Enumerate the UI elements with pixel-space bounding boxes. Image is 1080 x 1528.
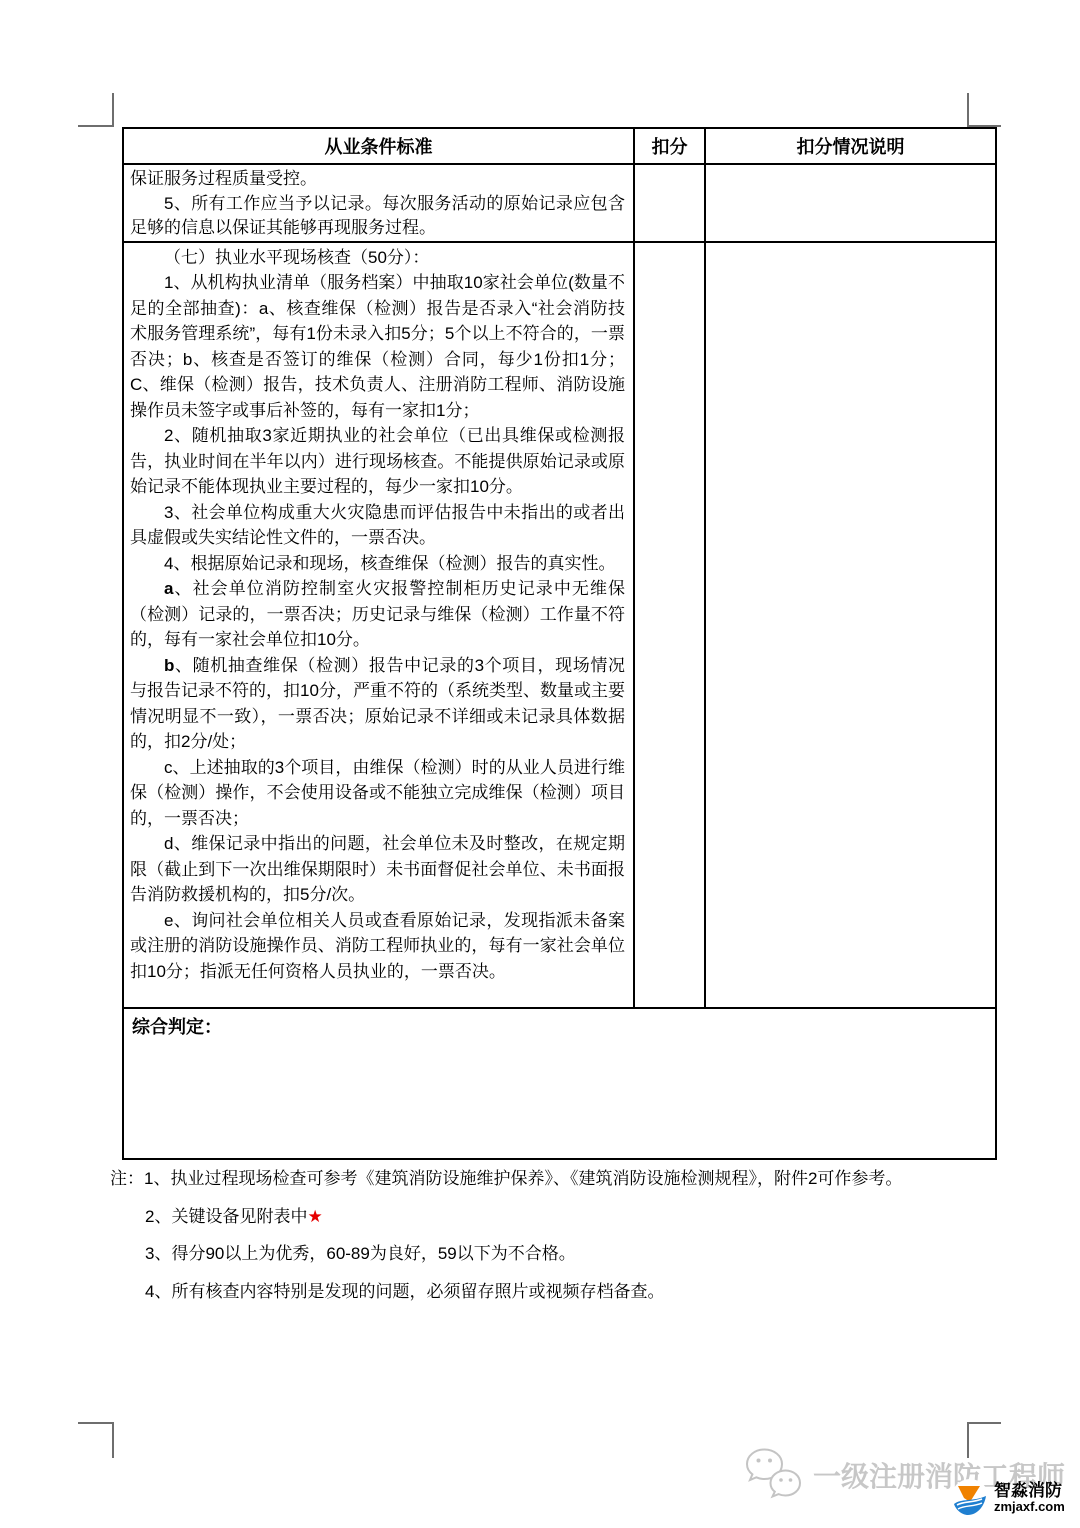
paragraph: c、上述抽取的3个项目，由维保（检测）时的从业人员进行维保（检测）操作，不会使用… <box>130 755 625 832</box>
margin-mark-top-right <box>967 93 1001 127</box>
document-page: 从业条件标准 扣分 扣分情况说明 保证服务过程质量受控。5、所有工作应当予以记录… <box>0 0 1080 1528</box>
margin-mark-bottom-left <box>78 1422 114 1458</box>
paragraph: a、社会单位消防控制室火灾报警控制柜历史记录中无维保（检测）记录的，一票否决；历… <box>130 576 625 653</box>
note-line: 3、得分90以上为优秀，60-89为良好，59以下为不合格。 <box>145 1235 1015 1273</box>
table-row: 保证服务过程质量受控。5、所有工作应当予以记录。每次服务活动的原始记录应包含足够… <box>123 164 996 242</box>
note-line: 注：1、执业过程现场检查可参考《建筑消防设施维护保养》、《建筑消防设施检测规程》… <box>110 1160 1015 1198</box>
header-standard: 从业条件标准 <box>123 128 634 164</box>
margin-mark-top-left <box>78 93 114 127</box>
explanation-cell-empty <box>705 164 996 242</box>
table-row: 综合判定： <box>123 1008 996 1159</box>
table-row: （七）执业水平现场核查（50分）：1、从机构执业清单（服务档案）中抽取10家社会… <box>123 242 996 1008</box>
notes-block: 注：1、执业过程现场检查可参考《建筑消防设施维护保养》、《建筑消防设施检测规程》… <box>110 1160 1015 1310</box>
brand-url: zmjaxf.com <box>994 1500 1065 1514</box>
paragraph: d、维保记录中指出的问题，社会单位未及时整改，在规定期限（截止到下一次出维保期限… <box>130 831 625 908</box>
note-line: 4、所有核查内容特别是发现的问题，必须留存照片或视频存档备查。 <box>145 1273 1015 1311</box>
paragraph: （七）执业水平现场核查（50分）： <box>130 245 625 271</box>
star-icon: ★ <box>307 1207 322 1226</box>
notes-prefix: 注： <box>110 1169 144 1188</box>
paragraph: 保证服务过程质量受控。 <box>130 167 625 192</box>
judgment-cell: 综合判定： <box>123 1008 996 1159</box>
paragraph: 1、从机构执业清单（服务档案）中抽取10家社会单位(数量不足的全部抽查)：a、核… <box>130 270 625 423</box>
standard-cell-onsite-check: （七）执业水平现场核查（50分）：1、从机构执业清单（服务档案）中抽取10家社会… <box>123 242 634 1008</box>
paragraph: b、随机抽查维保（检测）报告中记录的3个项目，现场情况与报告记录不符的，扣10分… <box>130 653 625 755</box>
standard-cell-service-record: 保证服务过程质量受控。5、所有工作应当予以记录。每次服务活动的原始记录应包含足够… <box>123 164 634 242</box>
header-explanation: 扣分情况说明 <box>705 128 996 164</box>
paragraph: e、询问社会单位相关人员或查看原始记录，发现指派未备案或注册的消防设施操作员、消… <box>130 908 625 985</box>
brand-logo: 智淼消防 zmjaxf.com <box>950 1478 1065 1518</box>
paragraph: 5、所有工作应当予以记录。每次服务活动的原始记录应包含足够的信息以保证其能够再现… <box>130 192 625 241</box>
brand-title: 智淼消防 <box>994 1482 1065 1500</box>
zhimiao-logo-icon <box>950 1478 990 1518</box>
standards-table: 从业条件标准 扣分 扣分情况说明 保证服务过程质量受控。5、所有工作应当予以记录… <box>122 127 997 1160</box>
note-line: 2、关键设备见附表中★ <box>145 1198 1015 1236</box>
judgment-label: 综合判定： <box>132 1017 222 1037</box>
paragraph: 2、随机抽取3家近期执业的社会单位（已出具维保或检测报告，执业时间在半年以内）进… <box>130 423 625 500</box>
header-deduction: 扣分 <box>634 128 705 164</box>
paragraph: 4、根据原始记录和现场，核查维保（检测）报告的真实性。 <box>130 551 625 577</box>
deduction-cell-empty <box>634 242 705 1008</box>
wechat-bubbles-icon <box>743 1446 805 1504</box>
paragraph: 3、社会单位构成重大火灾隐患而评估报告中未指出的或者出具虚假或失实结论性文件的，… <box>130 500 625 551</box>
table-header-row: 从业条件标准 扣分 扣分情况说明 <box>123 128 996 164</box>
deduction-cell-empty <box>634 164 705 242</box>
explanation-cell-empty <box>705 242 996 1008</box>
